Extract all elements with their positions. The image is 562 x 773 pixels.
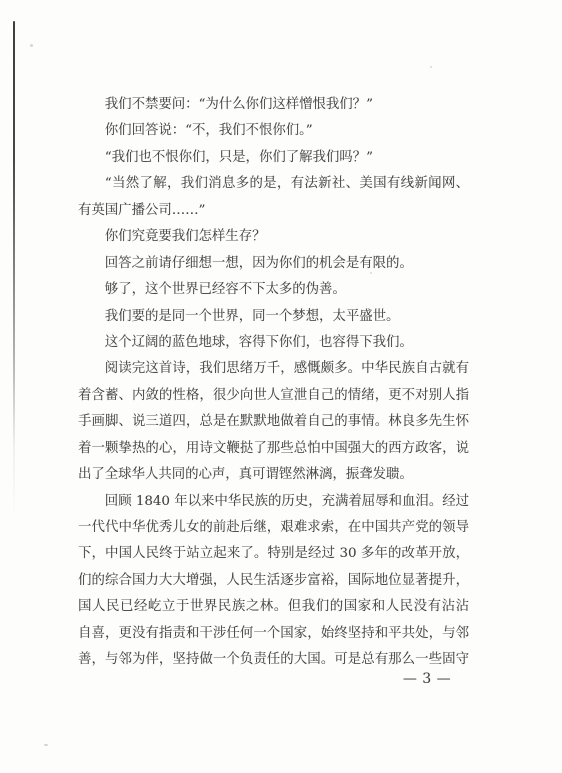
document-body: 我们不禁要问：“为什么你们这样憎恨我们？” 你们回答说：“不，我们不恨你们。” … bbox=[78, 92, 469, 674]
text-line: 手画脚、说三道四，总是在默默地做着自己的事情。林良多先生怀 bbox=[78, 409, 469, 435]
text-line: 着含蓄、内敛的性格，很少向世人宣泄自己的情绪，更不对别人指 bbox=[78, 383, 469, 409]
scan-edge-artifact bbox=[13, 21, 15, 521]
text-line: 这个辽阔的蓝色地球，容得下你们，也容得下我们。 bbox=[78, 330, 469, 356]
text-line: 你们回答说：“不，我们不恨你们。” bbox=[78, 118, 469, 144]
text-line: 回答之前请仔细想一想，因为你们的机会是有限的。 bbox=[78, 251, 469, 277]
text-line: 下，中国人民终于站立起来了。特别是经过 30 多年的改革开放，我 bbox=[78, 541, 469, 567]
text-line: 你们究竟要我们怎样生存？ bbox=[78, 224, 469, 250]
text-line: 我们不禁要问：“为什么你们这样憎恨我们？” bbox=[78, 92, 469, 118]
text-line: 我们要的是同一个世界，同一个梦想，太平盛世。 bbox=[78, 304, 469, 330]
scan-speck bbox=[430, 66, 432, 68]
text-line: “当然了解，我们消息多的是，有法新社、美国有线新闻网、还 bbox=[78, 171, 469, 197]
text-line: 够了，这个世界已经容不下太多的伪善。 bbox=[78, 277, 469, 303]
scan-speck bbox=[30, 44, 33, 47]
scanned-document-page: 我们不禁要问：“为什么你们这样憎恨我们？” 你们回答说：“不，我们不恨你们。” … bbox=[0, 0, 562, 773]
scan-speck bbox=[44, 744, 48, 746]
text-line: 着一颗挚热的心，用诗文鞭挞了那些总怕中国强大的西方政客，说 bbox=[78, 436, 469, 462]
text-line: 有英国广播公司……” bbox=[78, 198, 469, 224]
text-line: 阅读完这首诗，我们思绪万千，感慨颇多。中华民族自古就有 bbox=[78, 356, 469, 382]
text-line: 出了全球华人共同的心声，真可谓铿然淋漓，振聋发聩。 bbox=[78, 462, 469, 488]
text-line: “我们也不恨你们，只是，你们了解我们吗？” bbox=[78, 145, 469, 171]
page-number: — 3 — bbox=[399, 668, 455, 690]
text-line: 一代代中华优秀儿女的前赴后继，艰难求索，在中国共产党的领导 bbox=[78, 515, 469, 541]
text-line: 们的综合国力大大增强，人民生活逐步富裕，国际地位显著提升，中 bbox=[78, 568, 469, 594]
text-line: 国人民已经屹立于世界民族之林。但我们的国家和人民没有沾沾 bbox=[78, 594, 469, 620]
text-line: 自喜，更没有指责和干涉任何一个国家，始终坚持和平共处，与邻为 bbox=[78, 621, 469, 647]
text-line: 回顾 1840 年以来中华民族的历史，充满着屈辱和血泪。经过 bbox=[78, 489, 469, 515]
